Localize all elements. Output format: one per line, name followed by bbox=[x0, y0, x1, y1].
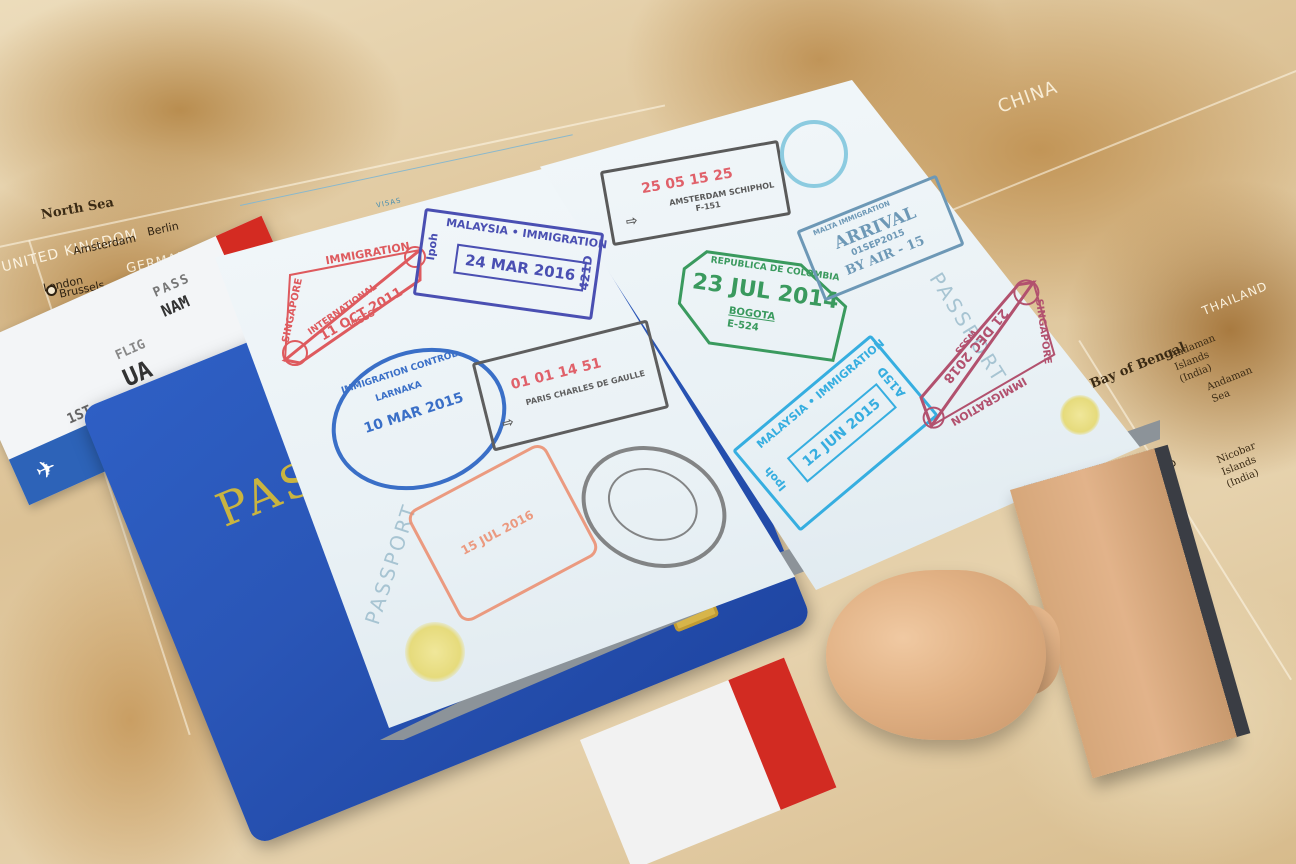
map-label-china: CHINA bbox=[995, 77, 1061, 118]
stamp-date: 15 JUL 2016 bbox=[459, 508, 536, 558]
stamp-side-left: Ipoh bbox=[761, 464, 789, 493]
stamp-date: 24 MAR 2016 bbox=[453, 244, 587, 292]
map-label-thailand: THAILAND bbox=[1200, 279, 1270, 318]
map-label-north-sea: North Sea bbox=[40, 195, 115, 223]
stamp-side-left: Ipoh bbox=[424, 232, 441, 261]
map-gridline bbox=[900, 43, 1296, 232]
map-label-united-kingdom: UNITED KINGDOM bbox=[0, 226, 140, 275]
stamp-round-cyan bbox=[780, 120, 848, 188]
city-marker-london bbox=[46, 285, 57, 296]
map-label-berlin: Berlin bbox=[146, 219, 180, 238]
hologram-seal-icon bbox=[1060, 395, 1100, 435]
stamp-inner-ring bbox=[598, 456, 708, 553]
hologram-seal-icon bbox=[405, 622, 465, 682]
airplane-icon: ✈ bbox=[31, 452, 61, 486]
map-label-nicobar-islands: Nicobar Islands (India) bbox=[1215, 433, 1285, 492]
photo-scene: North Sea UNITED KINGDOM GERMANY FRANCE … bbox=[0, 0, 1296, 864]
rubber-stamp-handle bbox=[826, 570, 1046, 740]
arrow-right-icon: ⇨ bbox=[625, 213, 639, 231]
arrow-right-icon: ⇨ bbox=[501, 414, 516, 432]
